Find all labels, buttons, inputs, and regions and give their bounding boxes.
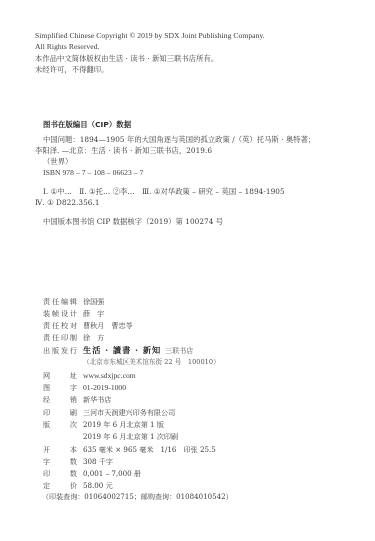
- credit-label: 图字: [43, 382, 77, 393]
- copyright-page: Simplified Chinese Copyright © 2019 by S…: [0, 0, 375, 541]
- cip-core-number: 中国版本图书馆 CIP 数据核字（2019）第 100274 号: [43, 217, 223, 227]
- credit-label: 版次: [43, 419, 77, 430]
- credit-value: 58.00 元: [83, 480, 113, 491]
- credit-value: 2019 年 6 月北京第 1 次印刷: [83, 431, 178, 442]
- credit-label: 网址: [43, 370, 77, 381]
- credit-value: 徐 方: [83, 332, 104, 343]
- cip-isbn: ISBN 978 – 7 – 108 – 06623 – 7: [43, 168, 143, 178]
- credit-label: 印数: [43, 468, 77, 479]
- credit-label: 责任印制: [43, 332, 77, 343]
- credit-value: 2019 年 6 月北京第 1 版: [83, 419, 164, 430]
- credit-value: 薛 宇: [83, 308, 104, 319]
- no-reprint-notice: 未经许可，不得翻印。: [35, 65, 108, 75]
- rights-reserved-line: All Rights Reserved.: [35, 42, 100, 52]
- credit-label: 经销: [43, 394, 77, 405]
- website-link[interactable]: www.sdxjpc.com: [83, 370, 136, 381]
- credit-label: 责任编辑: [43, 296, 77, 307]
- contact-info: （印装查询：01064002715；邮购查询：01084010542）: [42, 492, 233, 502]
- publisher-address: （北京市东城区美术馆东街 22 号 100010）: [83, 357, 220, 368]
- cip-series-line: （世界）: [43, 157, 72, 167]
- cip-publisher-line: 李阳泽. —北京：生活 · 读书 · 新知三联书店，2019.6: [35, 146, 212, 156]
- publisher-logo: 生活 · 讀書 · 新知: [83, 345, 161, 355]
- credit-label: 字数: [43, 456, 77, 467]
- credit-value: 308 千字: [83, 456, 113, 467]
- credit-value: 曹秋月 曹忠苓: [83, 320, 133, 331]
- publisher-suffix: 三联书店: [165, 347, 193, 355]
- credit-value: 新华书店: [83, 394, 111, 405]
- credit-label: 印刷: [43, 407, 77, 418]
- credit-value: 徐国强: [83, 296, 104, 307]
- credit-label: 装帧设计: [43, 308, 77, 319]
- credit-label: 开本: [43, 444, 77, 455]
- copyright-chinese-line: 本作品中文简体版权由生活 · 读书 · 新知三联书店所有。: [35, 54, 218, 64]
- cip-classification-number: Ⅳ. ① D822.356.1: [35, 198, 100, 208]
- cip-book-title-line: 中国问题：1894—1905 年的大国角逐与英国的孤立政策 /（英）托马斯 · …: [43, 135, 315, 145]
- credit-value: 01-2019-1000: [83, 382, 126, 393]
- publisher-value: 生活 · 讀書 · 新知三联书店: [83, 345, 193, 357]
- credit-value: 635 毫米 × 965 毫米 1/16 印张 25.5: [83, 444, 216, 455]
- cip-classification-line: Ⅰ. ①中… Ⅱ. ①托… ②李… Ⅲ. ①对华政策 – 研究 – 英国 – 1…: [43, 187, 285, 197]
- credit-label: 责任校对: [43, 320, 77, 331]
- credit-value: 三河市天润建兴印务有限公司: [83, 407, 175, 418]
- cip-title: 图书在版编目（CIP）数据: [43, 120, 131, 130]
- credit-label: 出版发行: [43, 345, 77, 356]
- credit-label: 定价: [43, 480, 77, 491]
- copyright-english-line: Simplified Chinese Copyright © 2019 by S…: [35, 31, 265, 41]
- credit-value: 0,001 – 7,000 册: [83, 468, 141, 479]
